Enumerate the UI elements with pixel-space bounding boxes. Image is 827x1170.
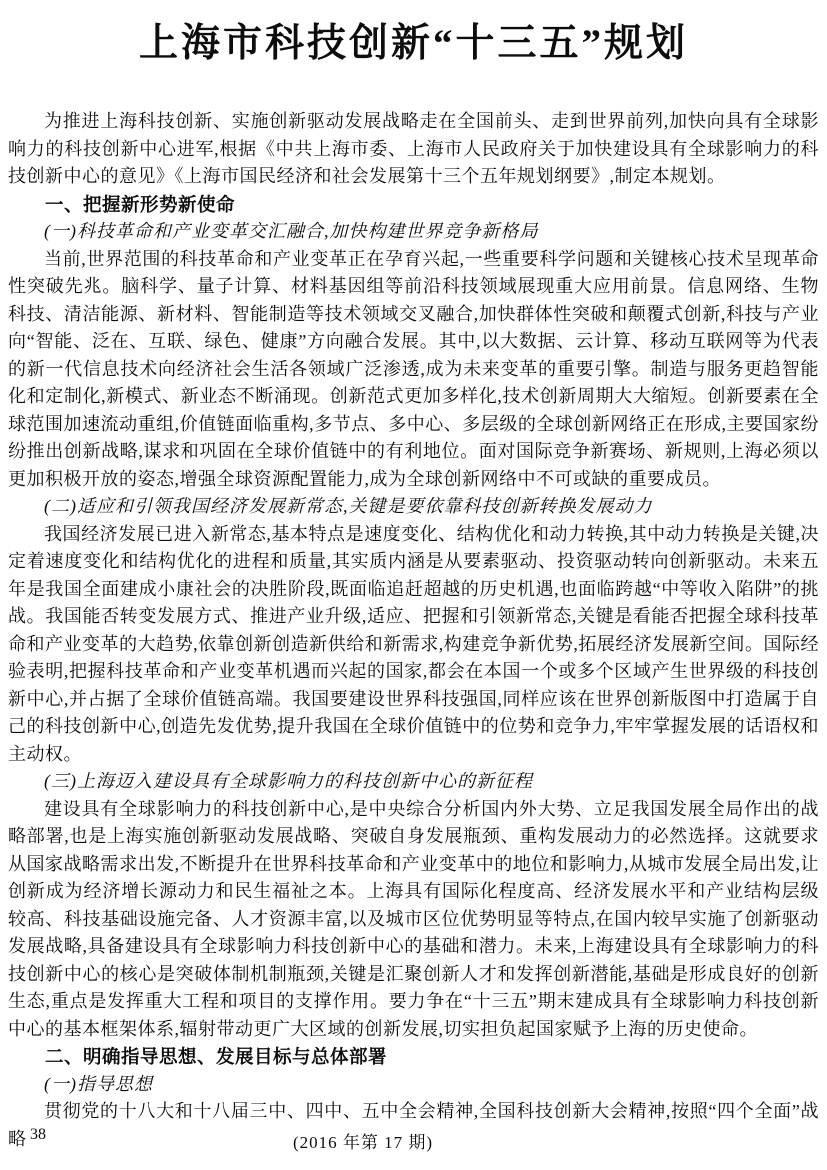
document-body: 为推进上海科技创新、实施创新驱动发展战略走在全国前头、走到世界前列,加快向具有全…: [0, 108, 827, 1153]
section-2-heading: 二、明确指导思想、发展目标与总体部署: [8, 1043, 819, 1071]
section-1-subsection-3-body: 建设具有全球影响力的科技创新中心,是中央综合分析国内外大势、立足我国发展全局作出…: [8, 796, 819, 1044]
section-1-subsection-1-heading: (一)科技革命和产业变革交汇融合,加快构建世界竞争新格局: [8, 218, 819, 246]
page-footer: 38 (2016 年第 17 期): [0, 1126, 827, 1152]
section-1-heading: 一、把握新形势新使命: [8, 191, 819, 219]
section-1-subsection-1-body: 当前,世界范围的科技革命和产业变革正在孕育兴起,一些重要科学问题和关键核心技术呈…: [8, 246, 819, 494]
section-1-subsection-3-heading: (三)上海迈入建设具有全球影响力的科技创新中心的新征程: [8, 768, 819, 796]
document-title: 上海市科技创新“十三五”规划: [0, 0, 827, 68]
page-number: 38: [30, 1126, 46, 1144]
issue-label: (2016 年第 17 期): [293, 1128, 433, 1153]
section-2-subsection-1-heading: (一)指导思想: [8, 1071, 819, 1099]
section-1-subsection-2-body: 我国经济发展已进入新常态,基本特点是速度变化、结构优化和动力转换,其中动力转换是…: [8, 521, 819, 769]
section-1-subsection-2-heading: (二)适应和引领我国经济发展新常态,关键是要依靠科技创新转换发展动力: [8, 493, 819, 521]
intro-paragraph: 为推进上海科技创新、实施创新驱动发展战略走在全国前头、走到世界前列,加快向具有全…: [8, 108, 819, 191]
document-page: 上海市科技创新“十三五”规划 为推进上海科技创新、实施创新驱动发展战略走在全国前…: [0, 0, 827, 1170]
